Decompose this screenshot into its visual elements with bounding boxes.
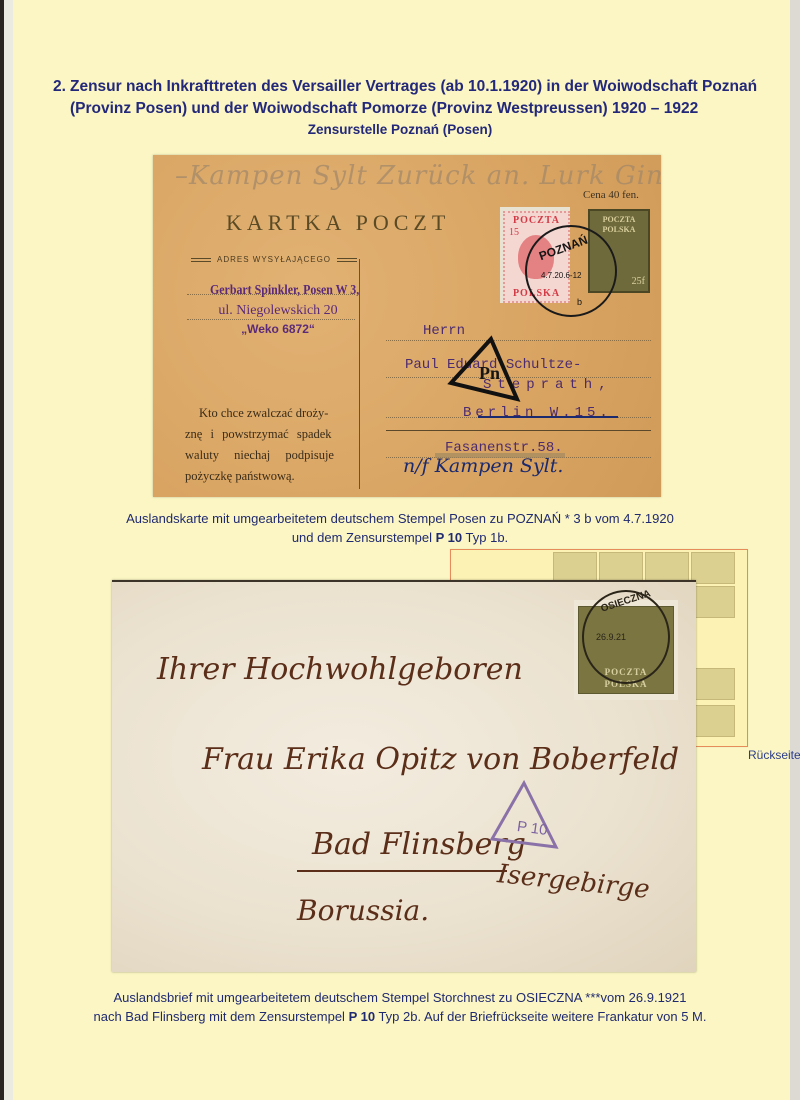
slogan-line: waluty niechaj podpisuje (185, 445, 353, 466)
caption-bold: P 10 (349, 1009, 376, 1024)
caption-line: nach Bad Flinsberg mit dem Zensurstempel… (0, 1007, 800, 1026)
caption-text: nach Bad Flinsberg mit dem Zensurstempel (94, 1009, 349, 1024)
postcard-heading: KARTKA POCZT (226, 210, 450, 236)
sender-stamp-line-2: ul. Niegolewskich 20 (193, 303, 363, 319)
strike-through (478, 416, 618, 418)
address-line-2: Frau Erika Opitz von Boberfeld (202, 742, 679, 777)
slogan-text: Kto chce zwalczać droży- znę i powstrzym… (185, 403, 353, 487)
caption-text: und dem Zensurstempel (292, 530, 436, 545)
back-stamp (691, 586, 735, 618)
pencil-note: –Kampen Sylt Zurück an. Lurk Ging (175, 161, 661, 191)
back-stamp (691, 668, 735, 700)
title-line-2: (Provinz Posen) und der Woiwodschaft Pom… (70, 98, 698, 120)
address-underline (297, 870, 507, 872)
back-side-label: Rückseite (748, 748, 800, 762)
stamp-text: POCZTA (505, 215, 568, 226)
caption-line: und dem Zensurstempel P 10 Typ 1b. (0, 528, 800, 547)
caption-bold: P 10 (436, 530, 463, 545)
postcard-price: Cena 40 fen. (583, 189, 639, 201)
section-number: 2. (53, 76, 66, 98)
back-stamp (691, 705, 735, 737)
envelope: POCZTA POLSKA OSIECZNA 26.9.21 Ihrer Hoc… (112, 580, 696, 972)
address-line-1: Ihrer Hochwohlgeboren (157, 652, 523, 687)
postmark-letter: b (577, 297, 582, 307)
scan-edge-left-light (4, 0, 13, 1100)
address-solid-line (386, 430, 651, 431)
caption-line: Auslandsbrief mit umgearbeitetem deutsch… (0, 988, 800, 1007)
sender-stamp-line-1: Gerbart Spinkler, Posen W 3, (210, 283, 346, 299)
title-line-1: Zensur nach Inkrafttreten des Versailler… (70, 76, 757, 98)
page-subtitle: Zensurstelle Poznań (Posen) (0, 122, 800, 137)
sender-stamp-line-3: „Weko 6872“ (193, 322, 363, 336)
divider-line (359, 259, 360, 489)
scan-edge-right (790, 0, 800, 1100)
postcard: –Kampen Sylt Zurück an. Lurk Ging KARTKA… (153, 155, 661, 497)
stamp-text: POCZTA (590, 215, 648, 225)
caption-text: Typ 2b. Auf der Briefrückseite weitere F… (375, 1009, 706, 1024)
address-line-4: Isergebirge (496, 859, 651, 905)
postmark-date: 26.9.21 (596, 632, 626, 642)
caption-envelope: Auslandsbrief mit umgearbeitetem deutsch… (0, 988, 800, 1026)
caption-text: Typ 1b. (462, 530, 508, 545)
caption-postcard: Auslandskarte mit umgearbeitetem deutsch… (0, 509, 800, 547)
sender-label: ADRES WYSYŁAJĄCEGO (185, 255, 363, 264)
back-stamp (691, 552, 735, 584)
slogan-line: znę i powstrzymać spadek (185, 424, 353, 445)
postmark-date: 4.7.20.6-12 (541, 271, 581, 280)
dotted-line (187, 319, 355, 320)
slogan-line: pożyczkę państwową. (185, 466, 353, 487)
censor-mark: Pn (479, 363, 500, 384)
slogan-line: Kto chce zwalczać droży- (185, 403, 353, 424)
redirect-handwriting: n/f Kampen Sylt. (403, 455, 563, 477)
stamp-value: 25f (632, 276, 645, 287)
address-line-4-struck: Berlin W.15. (463, 405, 612, 421)
stamp-value: 15 (509, 227, 519, 238)
address-line-5: Borussia. (297, 894, 429, 927)
caption-line: Auslandskarte mit umgearbeitetem deutsch… (0, 509, 800, 528)
censor-triangle-icon (484, 777, 564, 855)
